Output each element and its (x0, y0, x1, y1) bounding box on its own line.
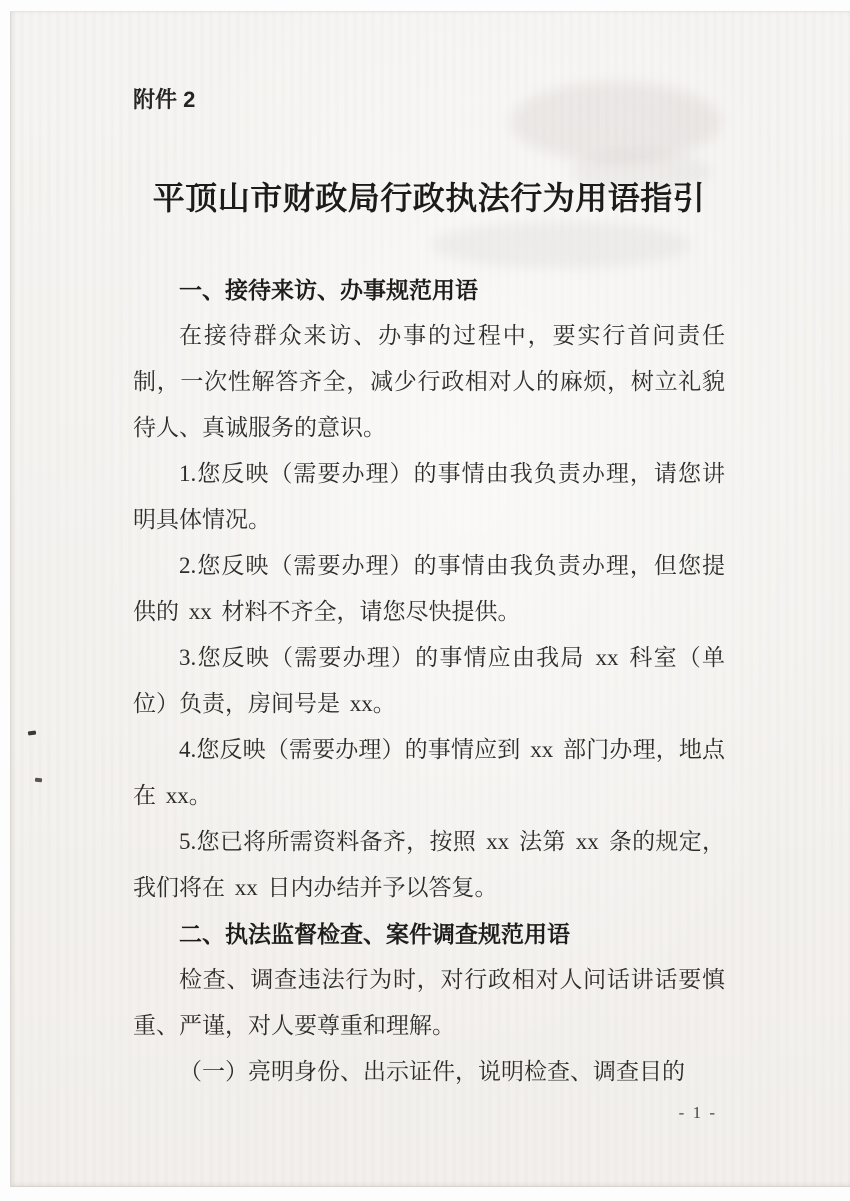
text-column: 附件 2 平顶山市财政局行政执法行为用语指引 一、接待来访、办事规范用语 在接待… (11, 87, 850, 1123)
body-paragraph-item-5: 5.您已将所需资料备齐，按照 xx 法第 xx 条的规定，我们将在 xx 日内办… (133, 819, 725, 911)
section-2-sub-heading: （一）亮明身份、出示证件，说明检查、调查目的 (133, 1049, 725, 1095)
body-paragraph-item-4: 4.您反映（需要办理）的事情应到 xx 部门办理，地点在 xx。 (133, 727, 725, 819)
body-paragraph-item-2: 2.您反映（需要办理）的事情由我负责办理，但您提供的 xx 材料不齐全，请您尽快… (133, 543, 725, 635)
section-1-heading: 一、接待来访、办事规范用语 (133, 267, 725, 313)
document-title: 平顶山市财政局行政执法行为用语指引 (133, 176, 725, 220)
section-2-intro-paragraph: 检查、调查违法行为时，对行政相对人问话讲话要慎重、严谨，对人要尊重和理解。 (133, 957, 725, 1049)
document-body: 一、接待来访、办事规范用语 在接待群众来访、办事的过程中，要实行首问责任制，一次… (133, 267, 725, 1095)
body-paragraph-item-1: 1.您反映（需要办理）的事情由我负责办理，请您讲明具体情况。 (133, 451, 725, 543)
document-page: 附件 2 平顶山市财政局行政执法行为用语指引 一、接待来访、办事规范用语 在接待… (10, 11, 850, 1187)
attachment-label: 附件 2 (133, 87, 725, 113)
section-1-intro-paragraph: 在接待群众来访、办事的过程中，要实行首问责任制，一次性解答齐全，减少行政相对人的… (133, 313, 725, 451)
scan-background: 附件 2 平顶山市财政局行政执法行为用语指引 一、接待来访、办事规范用语 在接待… (0, 0, 850, 1201)
section-2-heading: 二、执法监督检查、案件调查规范用语 (133, 911, 725, 957)
page-number: - 1 - (133, 1103, 725, 1123)
scan-speck (35, 778, 42, 783)
body-paragraph-item-3: 3.您反映（需要办理）的事情应由我局 xx 科室（单位）负责，房间号是 xx。 (133, 635, 725, 727)
